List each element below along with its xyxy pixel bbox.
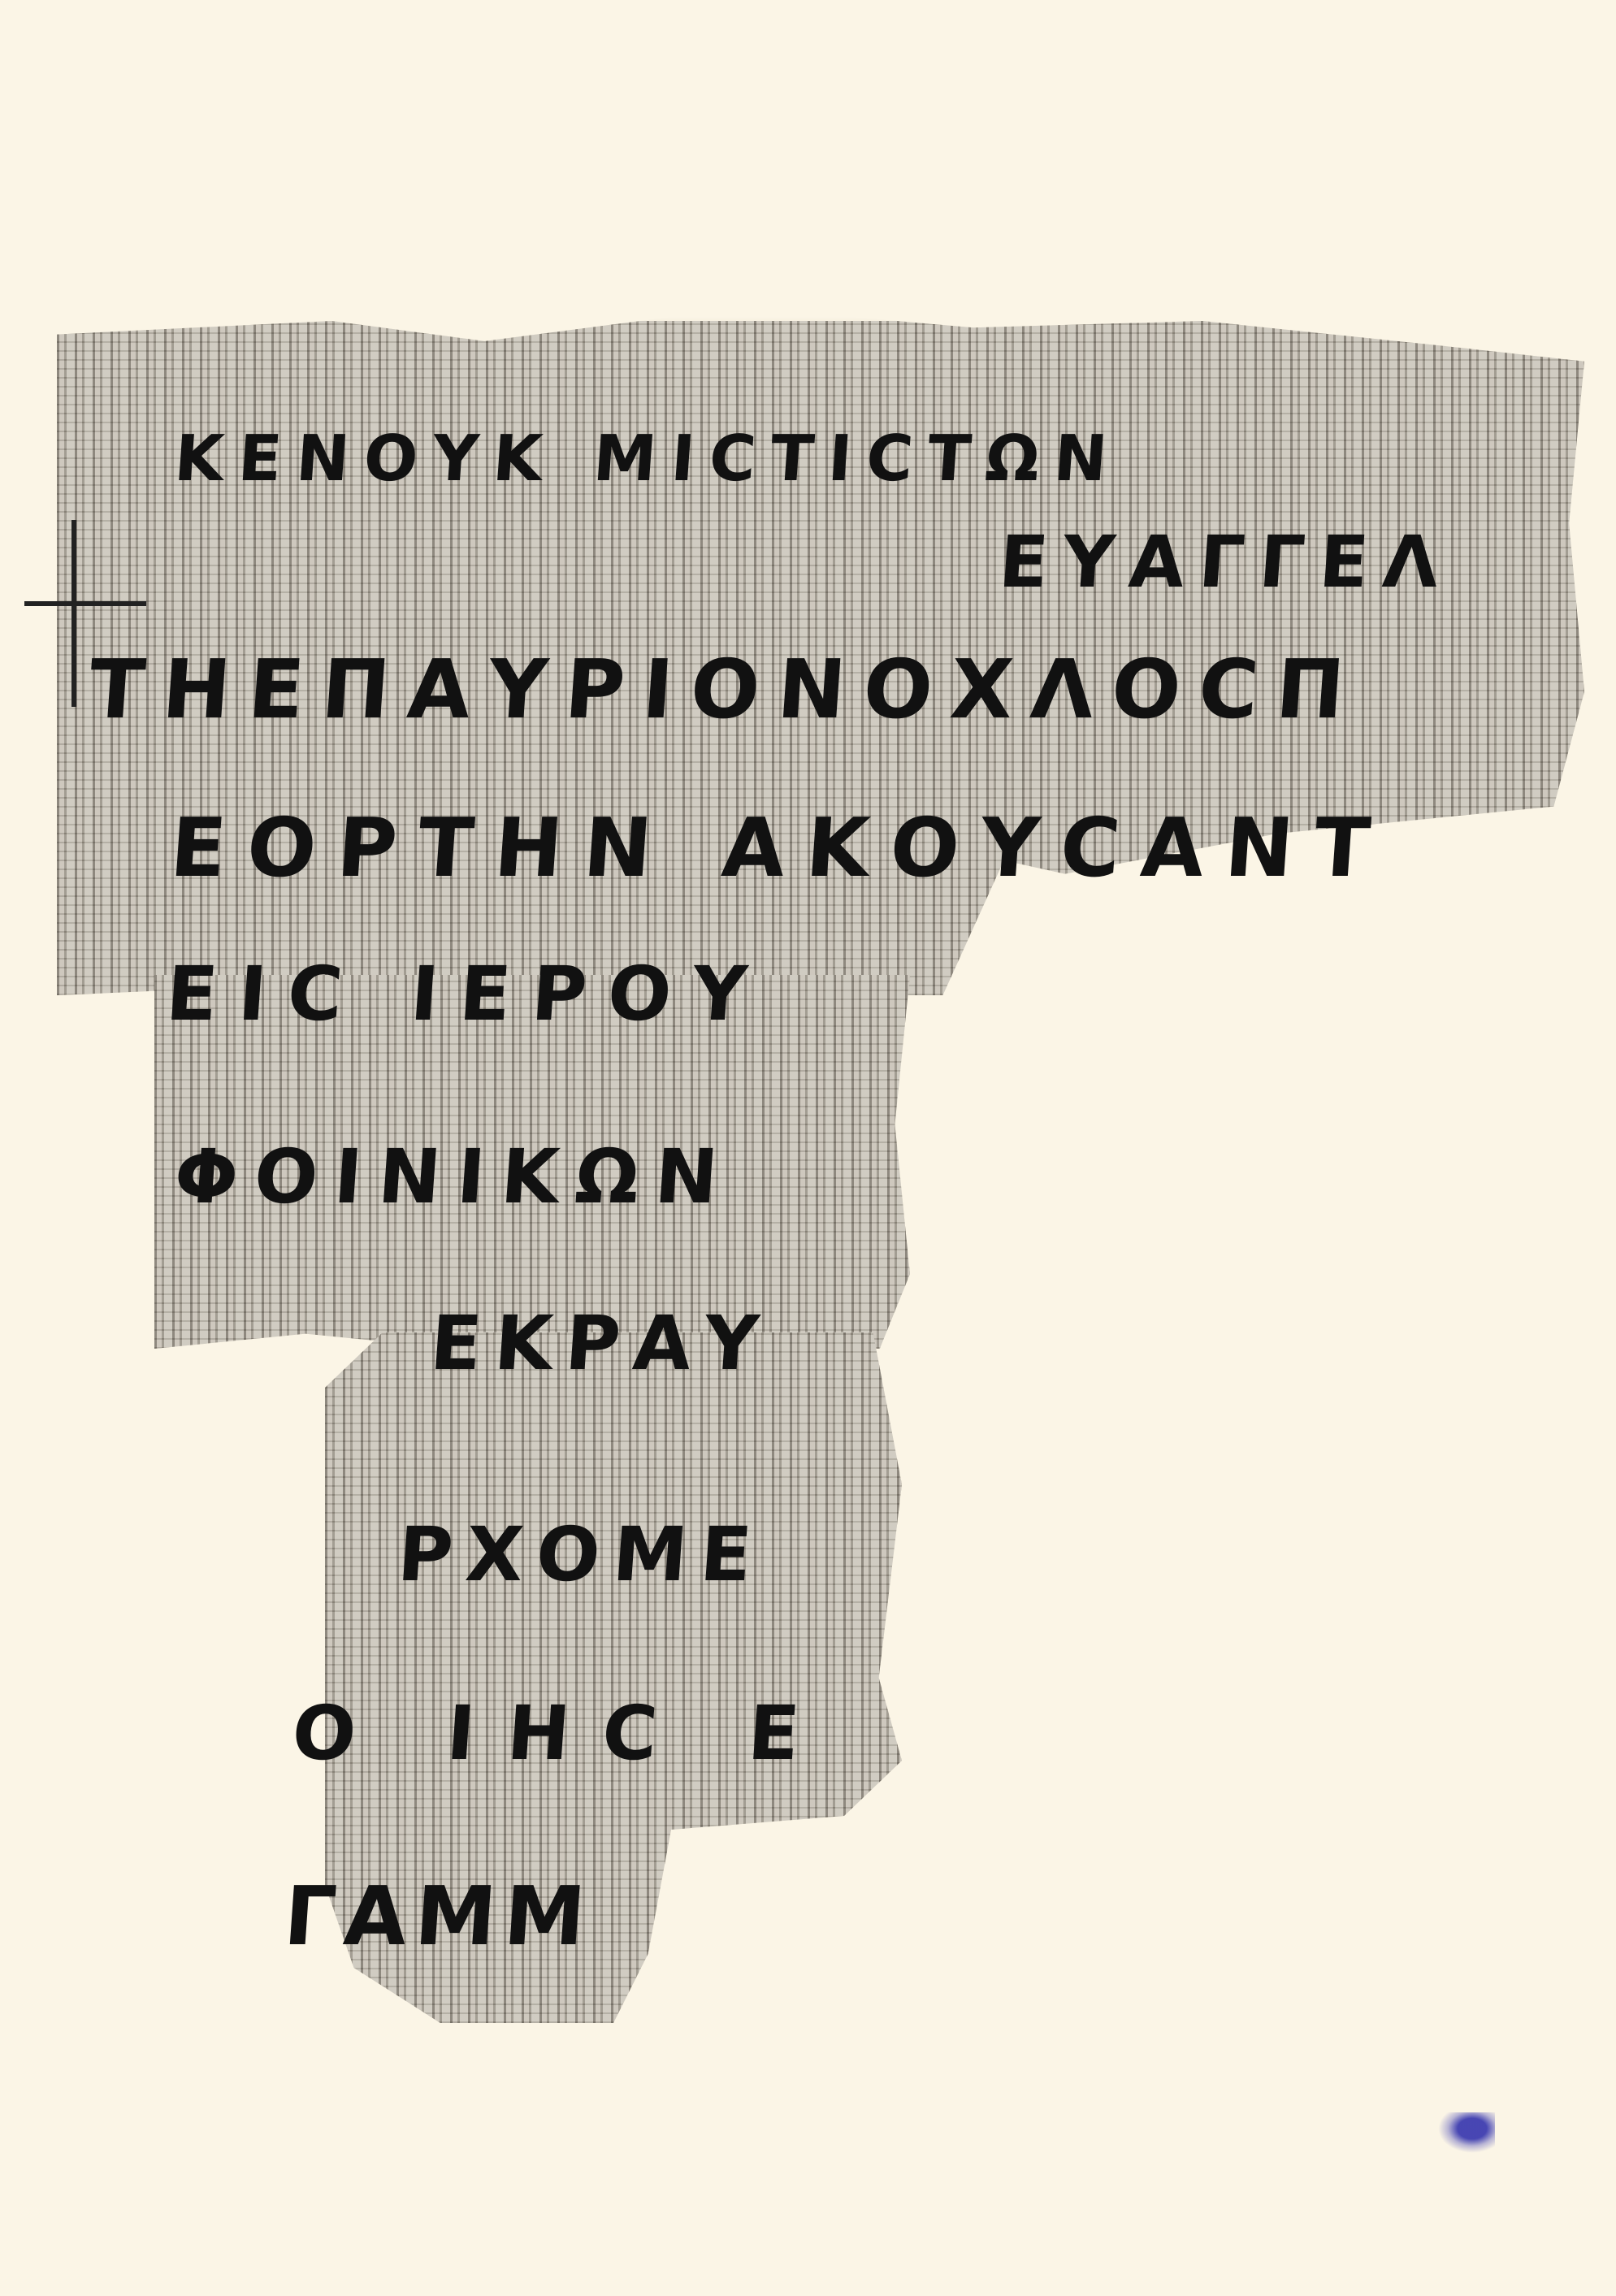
- text-line-6: ΦΟΙΝΙΚΩΝ: [171, 1133, 737, 1220]
- text-line-2: ΕΥΑΓΓΕΛ: [996, 520, 1456, 604]
- margin-cross-mark: [24, 601, 146, 606]
- text-line-7: ΕΚΡΑΥ: [427, 1300, 774, 1387]
- text-line-1: ΚΕΝΟΥΚ ΜΙCΤΙCΤΩΝ: [172, 422, 1124, 496]
- margin-vertical-mark: [71, 520, 76, 707]
- text-line-5: ΕΙC ΙΕΡΟΥ: [163, 951, 770, 1038]
- text-line-10: ΓΑΜΜ: [281, 1869, 596, 1964]
- ink-stamp-mark: blue ink stamp mark: [1438, 2112, 1495, 2153]
- text-line-4: ΕΟΡΤΗΝ ΑΚΟΥCΑΝΤ: [167, 800, 1394, 895]
- text-line-9: Ο ΙΗC Ε: [289, 1690, 834, 1777]
- text-line-8: ΡΧΟΜΕ: [395, 1511, 767, 1598]
- text-line-3: ΤΗΕΠΑΥΡΙΟΝΟΧΛΟCΠ: [86, 642, 1366, 737]
